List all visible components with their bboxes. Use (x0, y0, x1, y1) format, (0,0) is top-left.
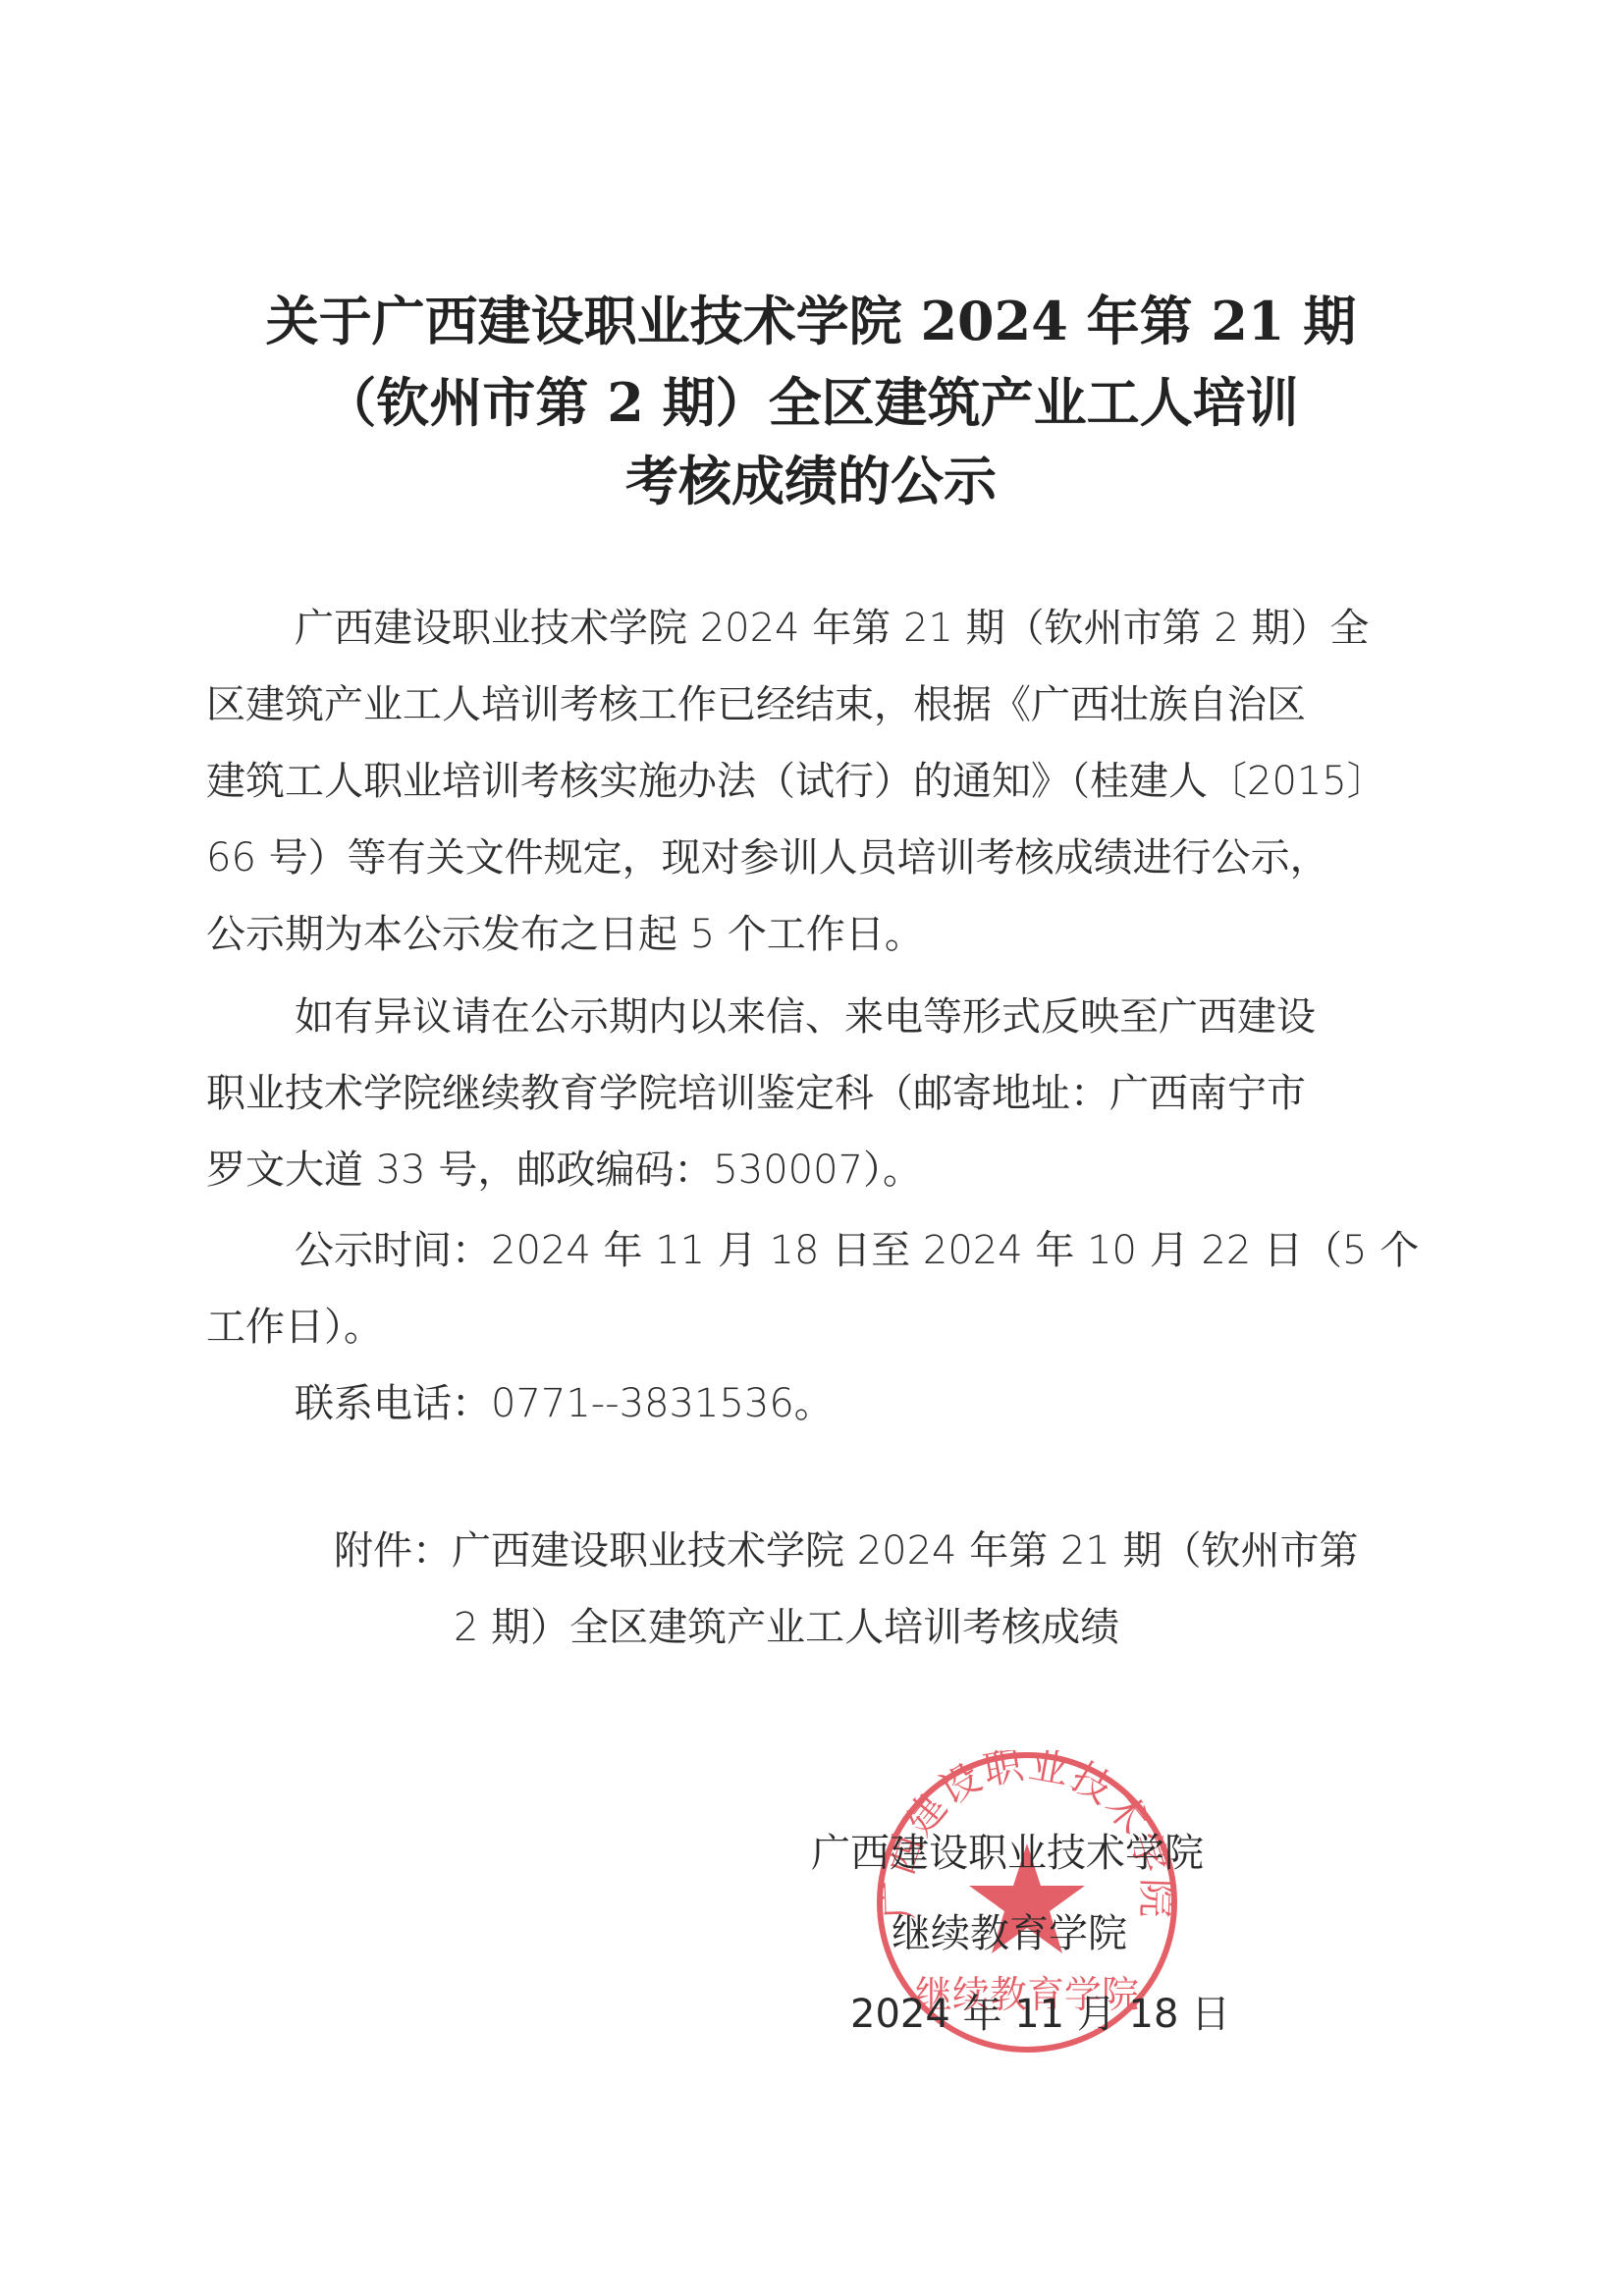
title-line-1: 关于广西建设职业技术学院 2024 年第 21 期 (0, 277, 1622, 365)
signature-organization: 广西建设职业技术学院 (811, 1824, 1204, 1883)
attachment-line: 附件：广西建设职业技术学院 2024 年第 21 期（钦州市第 (334, 1522, 1551, 1580)
attachment-line: 2 期）全区建筑产业工人培训考核成绩 (454, 1598, 1622, 1657)
title-line-2: （钦州市第 2 期）全区建筑产业工人培训 (0, 358, 1622, 447)
paragraph-2-line: 如有异议请在公示期内以来信、来电等形式反映至广西建设 (295, 988, 1512, 1046)
paragraph-1-line: 广西建设职业技术学院 2024 年第 21 期（钦州市第 2 期）全 (295, 599, 1512, 658)
paragraph-2-line: 罗文大道 33 号，邮政编码：530007）。 (206, 1141, 1424, 1200)
signature-date: 2024 年 11 月 18 日 (850, 1985, 1230, 2044)
period-line: 工作日）。 (206, 1298, 1424, 1357)
paragraph-1-line: 区建筑产业工人培训考核工作已经结束，根据《广西壮族自治区 (206, 675, 1424, 734)
paragraph-1-line: 66 号）等有关文件规定，现对参训人员培训考核成绩进行公示， (206, 828, 1424, 887)
period-line: 公示时间：2024 年 11 月 18 日至 2024 年 10 月 22 日（… (295, 1221, 1512, 1280)
title-line-3: 考核成绩的公示 (0, 437, 1622, 525)
paragraph-1-line: 建筑工人职业培训考核实施办法（试行）的通知》（桂建人〔2015〕 (206, 752, 1424, 811)
signature-department: 继续教育学院 (892, 1904, 1127, 1963)
contact-phone: 联系电话：0771--3831536。 (295, 1374, 1512, 1433)
paragraph-1-line: 公示期为本公示发布之日起 5 个工作日。 (206, 905, 1424, 964)
paragraph-2-line: 职业技术学院继续教育学院培训鉴定科（邮寄地址：广西南宁市 (206, 1064, 1424, 1123)
